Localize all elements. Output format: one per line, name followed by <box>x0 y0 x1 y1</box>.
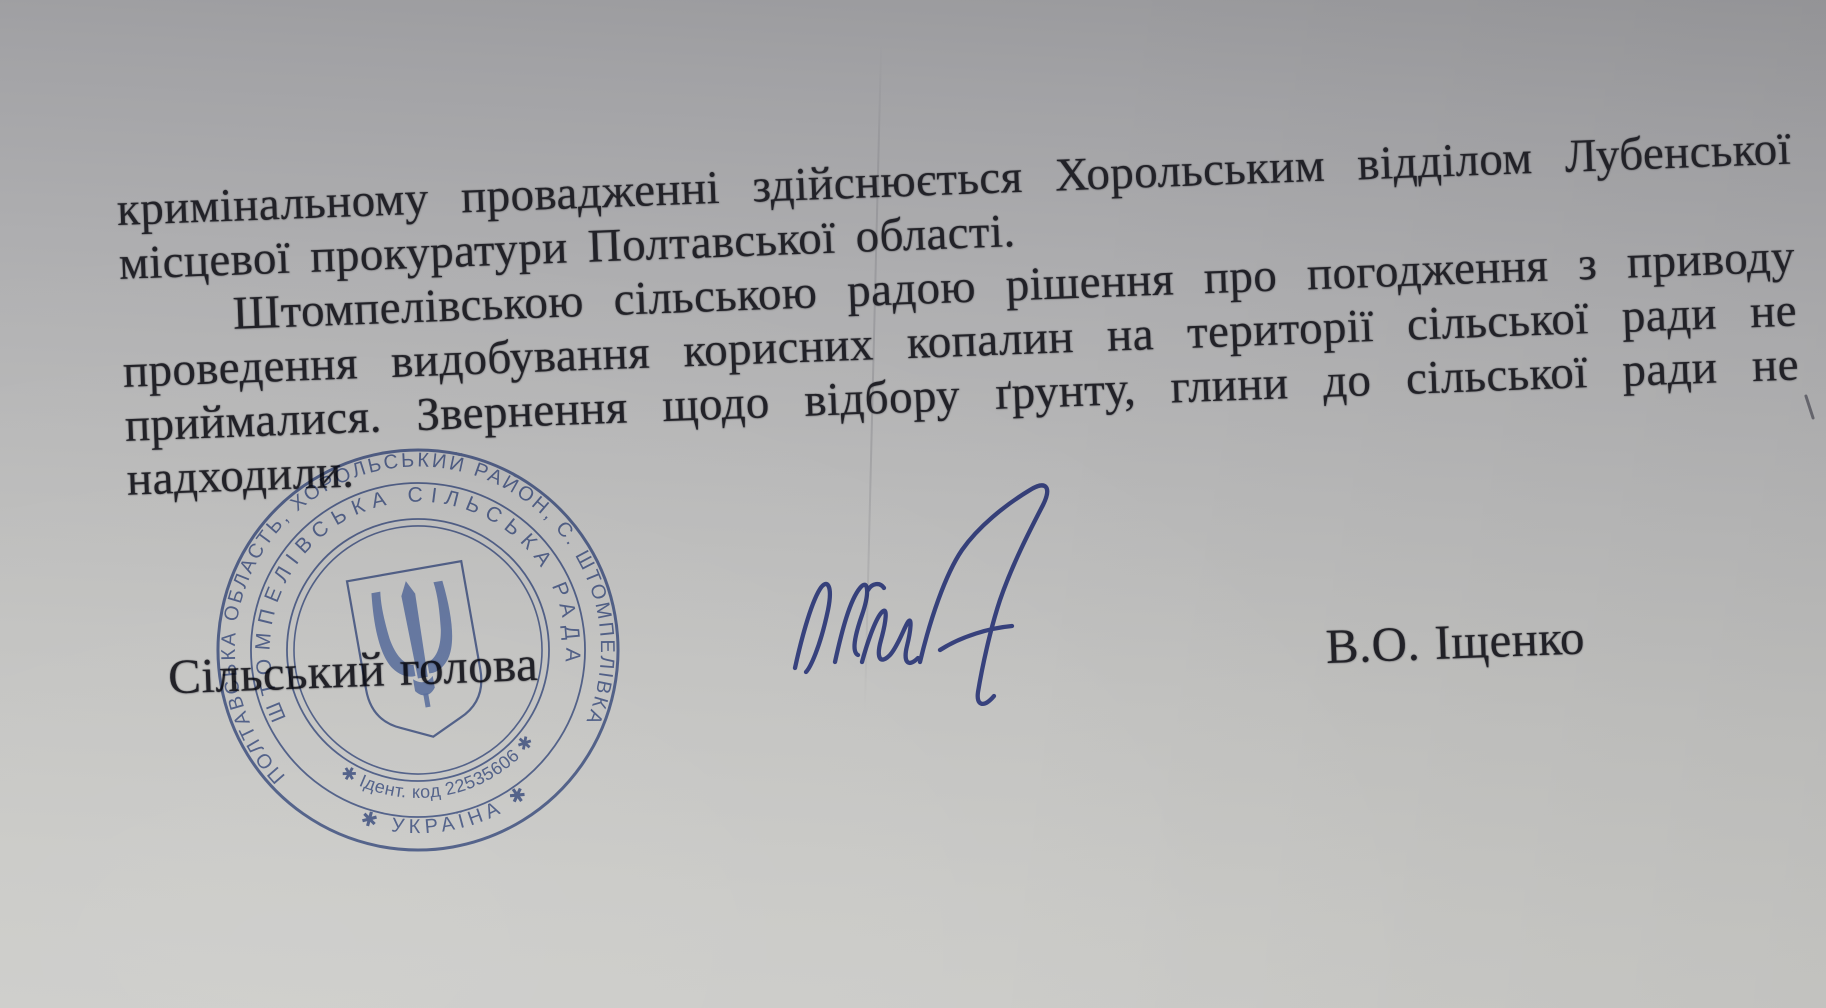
official-stamp: ПОЛТАВСЬКА ОБЛАСТЬ, ХОРОЛЬСЬКИЙ РАЙОН, С… <box>198 430 638 870</box>
paper-edge-mark <box>1804 394 1815 420</box>
signature-ink <box>780 420 1080 730</box>
trident-icon <box>368 574 465 713</box>
document-photo: кримінальному провадженні здійснюється Х… <box>0 0 1826 1008</box>
signatory-name: В.О. Іщенко <box>1325 611 1586 674</box>
